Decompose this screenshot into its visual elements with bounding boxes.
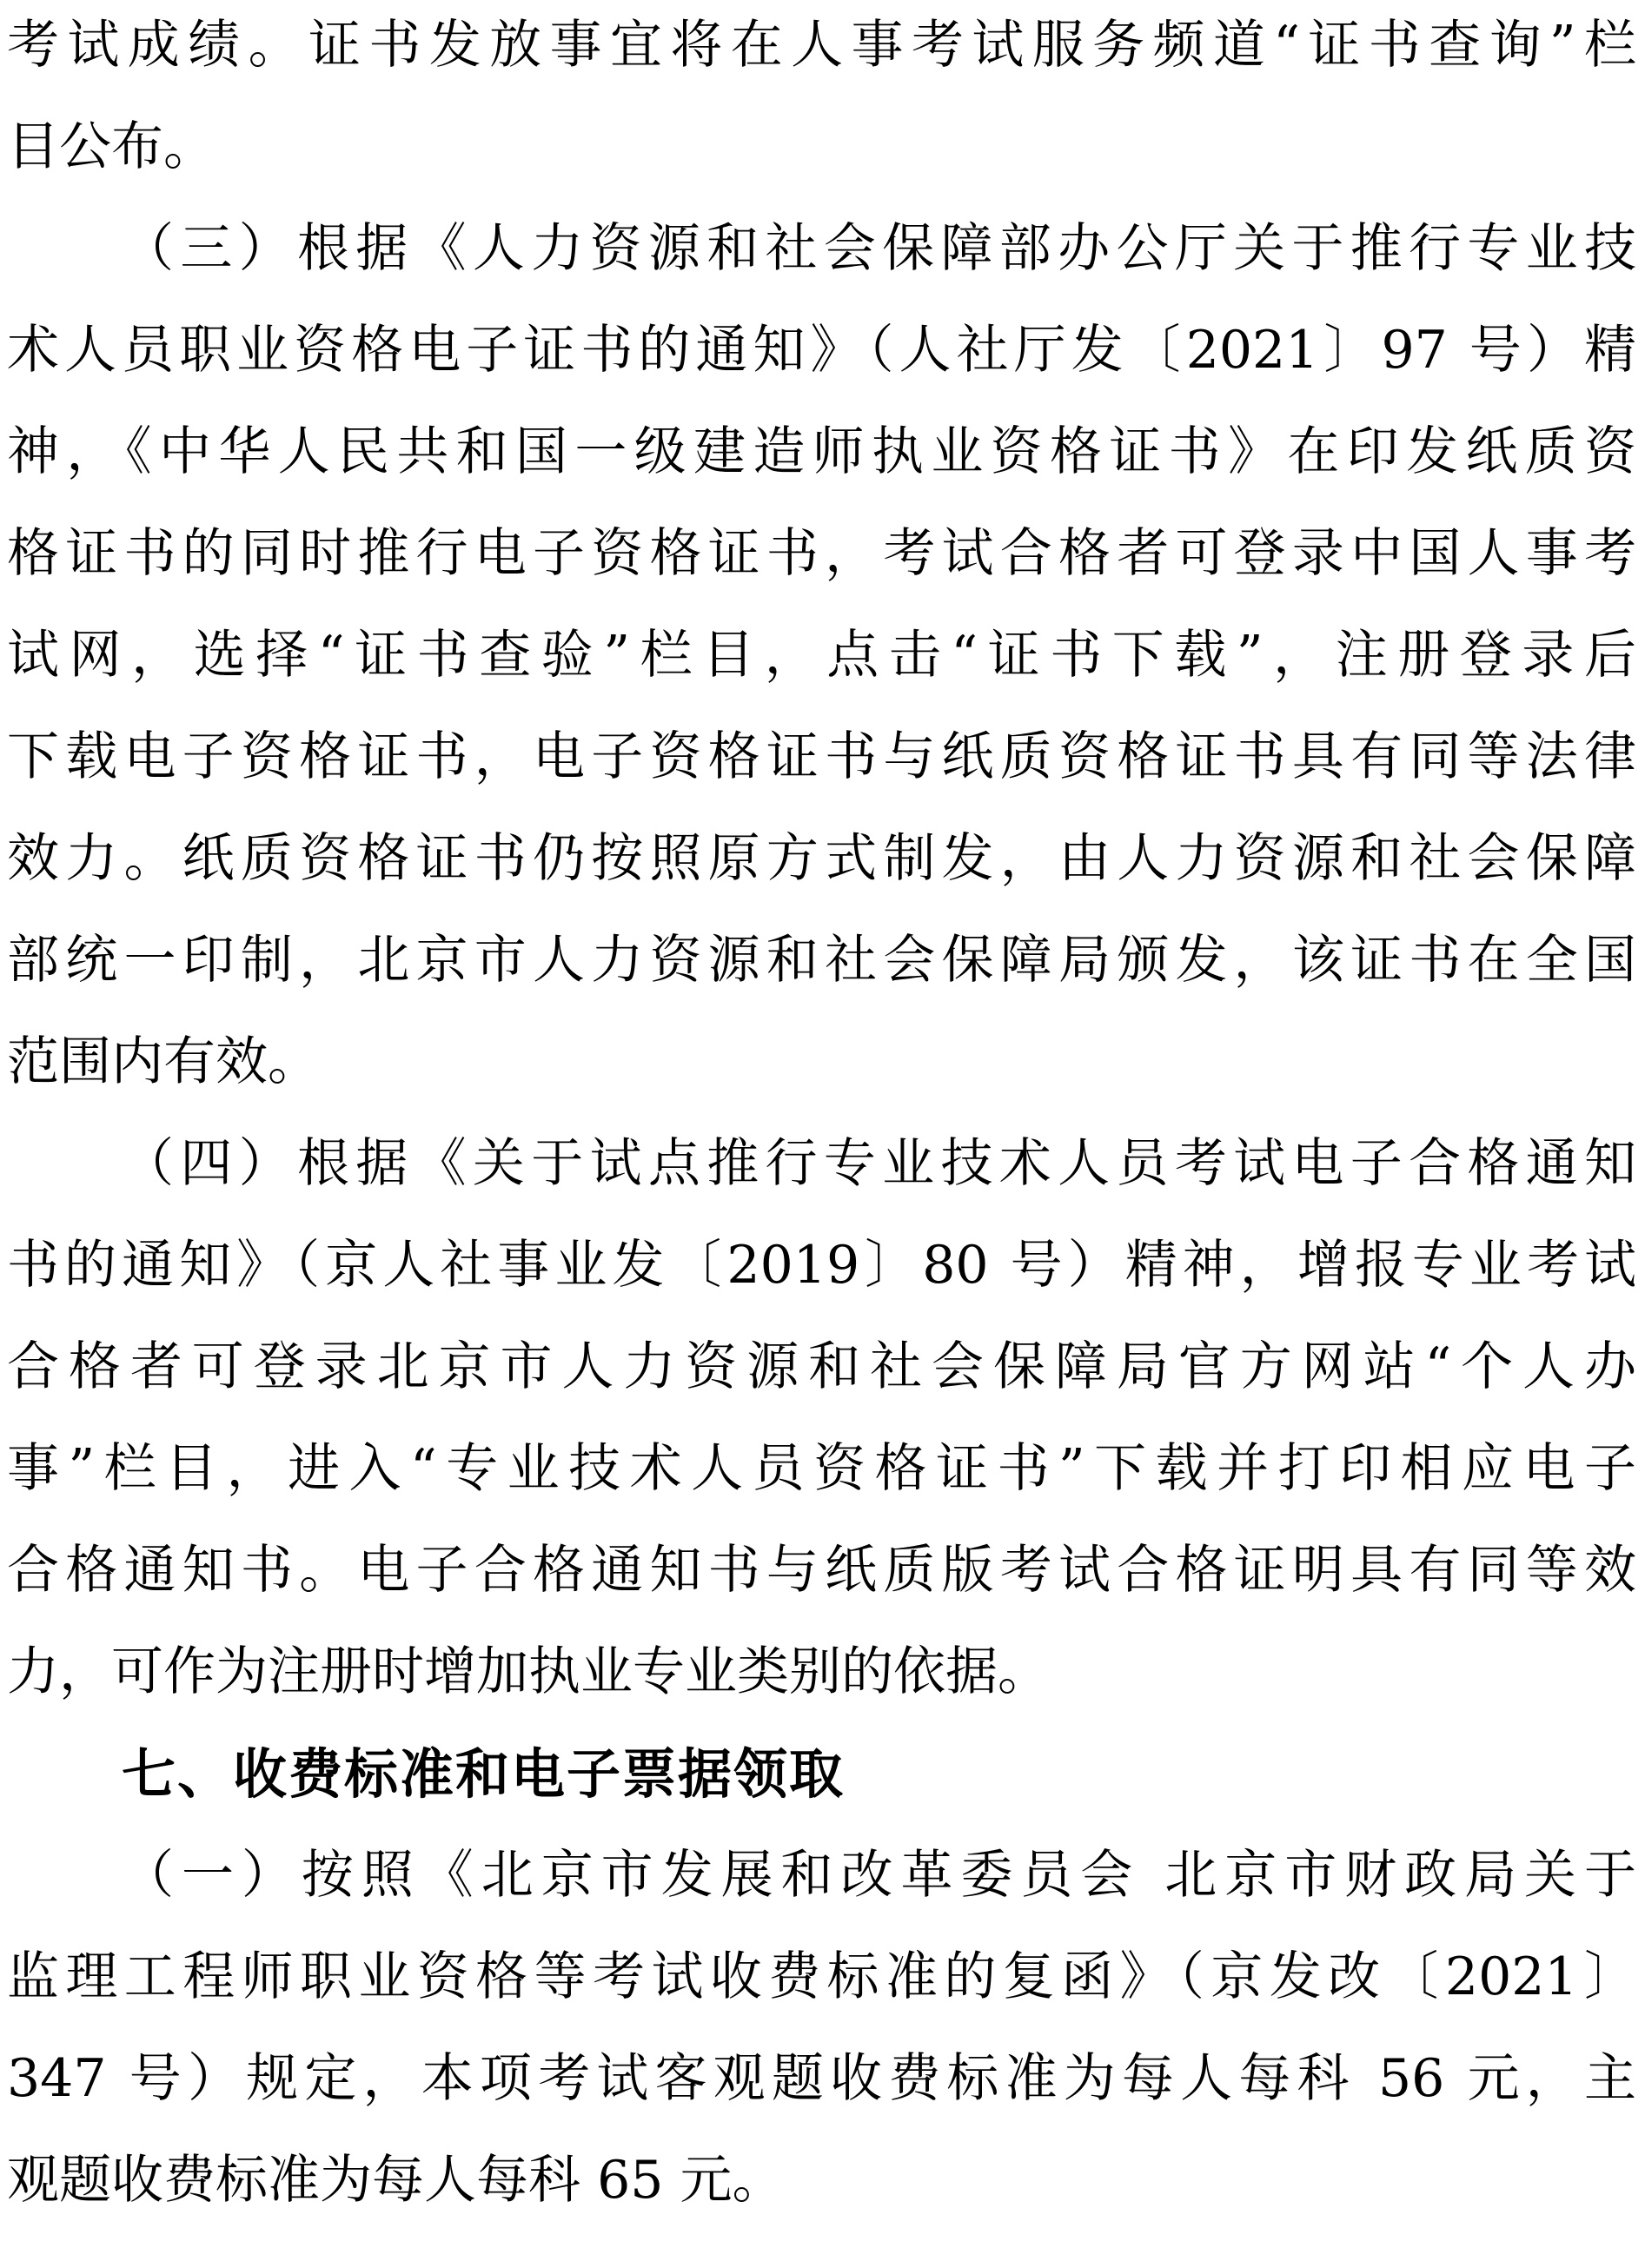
document-text: 考试成绩。证书发放事宜将在人事考试服务频道“证书查询”栏目公布。（三）根据《人力… <box>7 0 1636 2232</box>
text-line: 目公布。 <box>7 96 1636 198</box>
text-line: 347 号）规定，本项考试客观题收费标准为每人每科 56 元，主 <box>7 2028 1636 2130</box>
text-line: 力，可作为注册时增加执业专业类别的依据。 <box>7 1621 1636 1723</box>
document-page: 考试成绩。证书发放事宜将在人事考试服务频道“证书查询”栏目公布。（三）根据《人力… <box>0 0 1645 2268</box>
text-line: 格证书的同时推行电子资格证书，考试合格者可登录中国人事考 <box>7 503 1636 605</box>
text-line: 合格通知书。电子合格通知书与纸质版考试合格证明具有同等效 <box>7 1520 1636 1621</box>
text-line: 部统一印制，北京市人力资源和社会保障局颁发，该证书在全国 <box>7 910 1636 1011</box>
text-line: 效力。纸质资格证书仍按照原方式制发，由人力资源和社会保障 <box>7 808 1636 910</box>
text-line: 监理工程师职业资格等考试收费标准的复函》（京发改〔2021〕 <box>7 1926 1636 2028</box>
text-line: 下载电子资格证书，电子资格证书与纸质资格证书具有同等法律 <box>7 706 1636 808</box>
text-line: 神，《中华人民共和国一级建造师执业资格证书》在印发纸质资 <box>7 401 1636 503</box>
text-line: 考试成绩。证书发放事宜将在人事考试服务频道“证书查询”栏 <box>7 0 1636 96</box>
section-heading: 七、收费标准和电子票据领取 <box>7 1723 1636 1825</box>
text-line: 观题收费标准为每人每科 65 元。 <box>7 2130 1636 2232</box>
text-line: 范围内有效。 <box>7 1011 1636 1113</box>
text-line: （一）按照《北京市发展和改革委员会 北京市财政局关于 <box>7 1825 1636 1926</box>
text-line: 事”栏目，进入“专业技术人员资格证书”下载并打印相应电子 <box>7 1418 1636 1520</box>
text-line: 术人员职业资格电子证书的通知》（人社厅发〔2021〕97 号）精 <box>7 300 1636 401</box>
text-line: （三）根据《人力资源和社会保障部办公厅关于推行专业技 <box>7 198 1636 300</box>
text-line: 试网，选择“证书查验”栏目，点击“证书下载”，注册登录后 <box>7 605 1636 706</box>
text-line: 合格者可登录北京市人力资源和社会保障局官方网站“个人办 <box>7 1316 1636 1418</box>
text-line: （四）根据《关于试点推行专业技术人员考试电子合格通知 <box>7 1113 1636 1215</box>
text-line: 书的通知》（京人社事业发〔2019〕80 号）精神，增报专业考试 <box>7 1215 1636 1316</box>
